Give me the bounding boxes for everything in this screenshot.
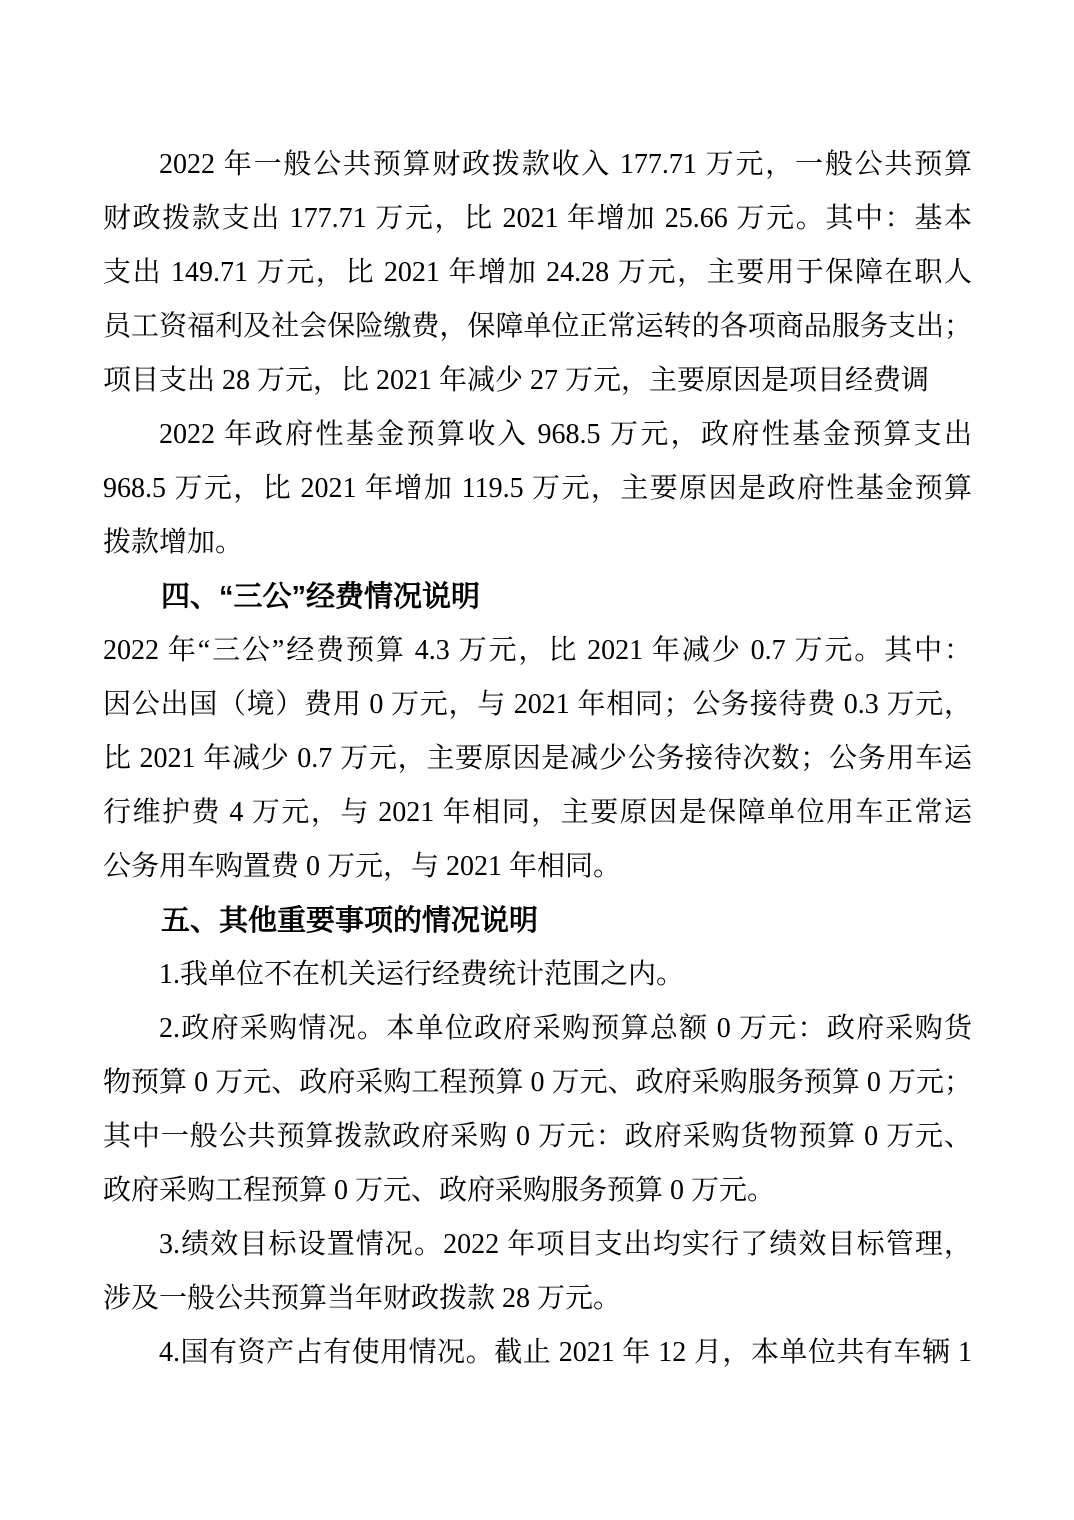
text-line: 2022 年一般公共预算财政拨款收入 177.71 万元，一般公共预算 <box>103 138 972 192</box>
text-line: 涉及一般公共预算当年财政拨款 28 万元。 <box>103 1272 972 1326</box>
text-line: 其中一般公共预算拨款政府采购 0 万元：政府采购货物预算 0 万元、 <box>103 1110 972 1164</box>
text-line: 因公出国（境）费用 0 万元，与 2021 年相同；公务接待费 0.3 万元， <box>103 678 972 732</box>
text-line: 比 2021 年减少 0.7 万元，主要原因是减少公务接待次数；公务用车运 <box>103 732 972 786</box>
document-page: 2022 年一般公共预算财政拨款收入 177.71 万元，一般公共预算财政拨款支… <box>0 0 1074 1520</box>
text-line: 物预算 0 万元、政府采购工程预算 0 万元、政府采购服务预算 0 万元； <box>103 1056 972 1110</box>
text-line: 公务用车购置费 0 万元，与 2021 年相同。 <box>103 840 972 894</box>
text-line: 拨款增加。 <box>103 516 972 570</box>
text-line: 4.国有资产占有使用情况。截止 2021 年 12 月，本单位共有车辆 1 <box>103 1326 972 1380</box>
text-line: 财政拨款支出 177.71 万元，比 2021 年增加 25.66 万元。其中：… <box>103 192 972 246</box>
section-heading: 四、“三公”经费情况说明 <box>103 570 972 624</box>
text-line: 2022 年“三公”经费预算 4.3 万元，比 2021 年减少 0.7 万元。… <box>103 624 972 678</box>
text-line: 支出 149.71 万元，比 2021 年增加 24.28 万元，主要用于保障在… <box>103 246 972 300</box>
text-line: 政府采购工程预算 0 万元、政府采购服务预算 0 万元。 <box>103 1164 972 1218</box>
text-line: 项目支出 28 万元，比 2021 年减少 27 万元，主要原因是项目经费调减。 <box>103 354 972 408</box>
text-line: 员工资福利及社会保险缴费，保障单位正常运转的各项商品服务支出； <box>103 300 972 354</box>
text-line: 3.绩效目标设置情况。2022 年项目支出均实行了绩效目标管理， <box>103 1218 972 1272</box>
text-line: 1.我单位不在机关运行经费统计范围之内。 <box>103 948 972 1002</box>
text-line: 2.政府采购情况。本单位政府采购预算总额 0 万元：政府采购货 <box>103 1002 972 1056</box>
document-content: 2022 年一般公共预算财政拨款收入 177.71 万元，一般公共预算财政拨款支… <box>103 138 972 1380</box>
text-line: 行维护费 4 万元，与 2021 年相同，主要原因是保障单位用车正常运转； <box>103 786 972 840</box>
text-line: 2022 年政府性基金预算收入 968.5 万元，政府性基金预算支出 <box>103 408 972 462</box>
text-line: 968.5 万元，比 2021 年增加 119.5 万元，主要原因是政府性基金预… <box>103 462 972 516</box>
section-heading: 五、其他重要事项的情况说明 <box>103 894 972 948</box>
